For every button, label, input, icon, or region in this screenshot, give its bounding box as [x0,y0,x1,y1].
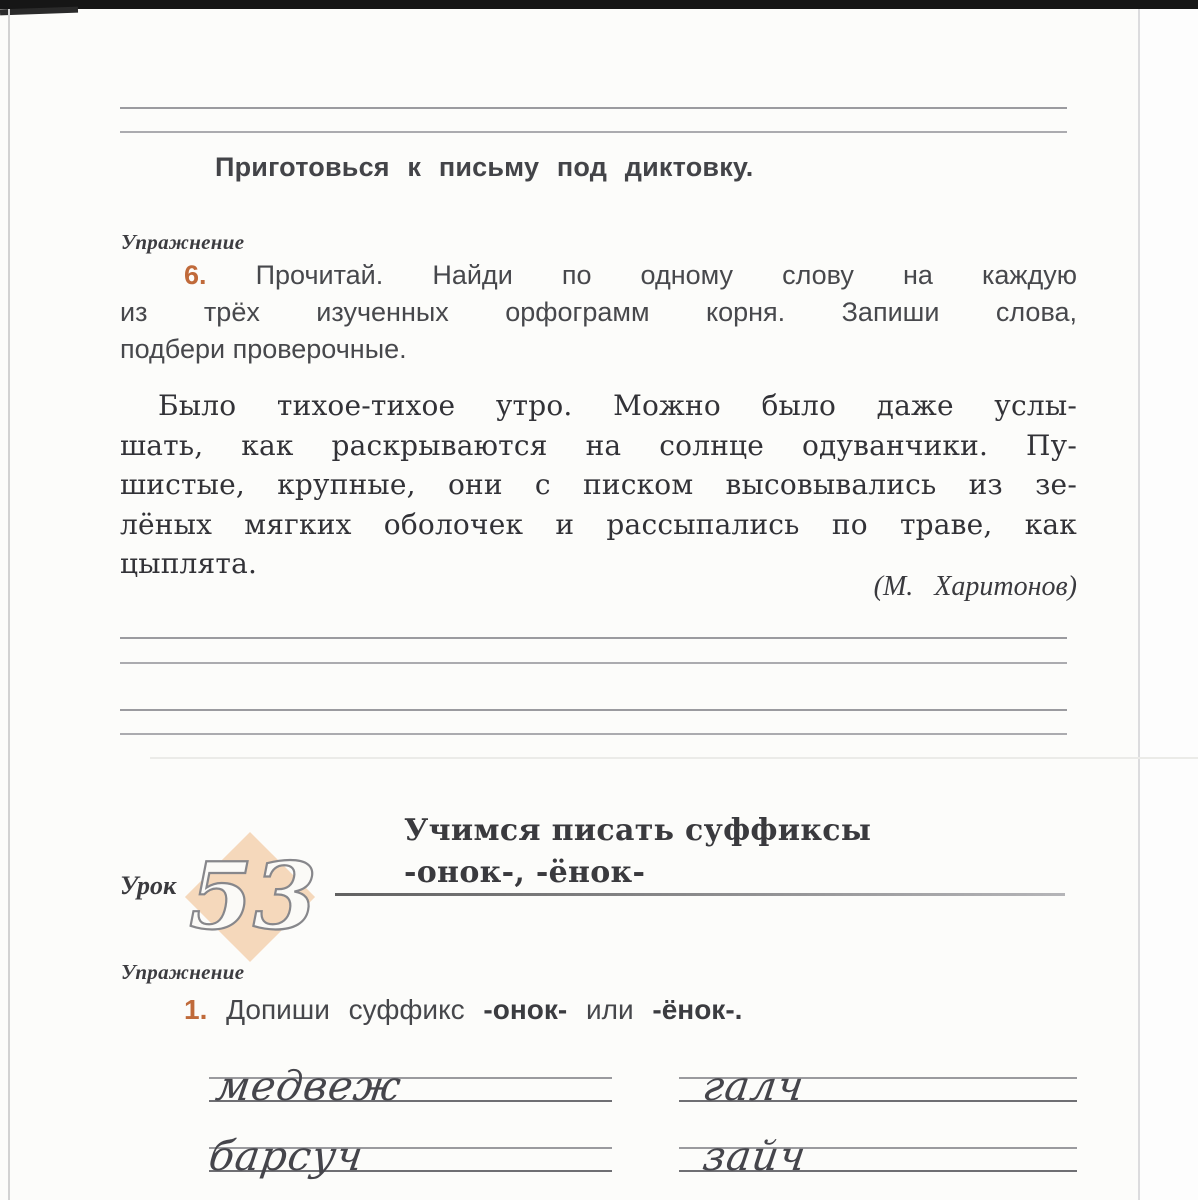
page-right-edge [1138,9,1198,1200]
exercise6-line1: 6. Прочитай. Найди по одному слову на ка… [120,257,1077,294]
page-crease [150,757,1198,759]
writing-line [120,709,1067,711]
writing-line [120,107,1067,109]
author-attribution: (М. Харитонов) [700,571,1077,603]
suffix-yonok: -ёнок-. [652,994,742,1025]
dictation-line3: шистые, крупные, они с писком высовывали… [120,465,1077,505]
dictation-line1: Было тихое-тихое утро. Можно было даже у… [120,386,1077,426]
exercise6-number: 6. [184,260,207,290]
handwritten-word: медвеж [213,1062,405,1110]
writing-line [120,662,1067,664]
page-left-edge [8,9,10,1200]
writing-line [120,131,1067,133]
prepare-heading: Приготовься к письму под диктовку. [215,152,1095,183]
exercise-label: Упражнение [121,960,244,985]
writing-line [120,733,1067,735]
lesson-number-ornament: 53 [178,832,328,960]
exercise6-line3: подбери проверочные. [120,331,1077,368]
lesson-label: Урок [120,871,176,901]
handwritten-word: барсуч [206,1132,367,1180]
exercise1-text: Допиши суффикс [226,994,465,1025]
book-top-edge [0,0,1198,9]
exercise6-line2: из трёх изученных орфограмм корня. Запиш… [120,294,1077,331]
handwritten-word: галч [700,1062,808,1110]
exercise-label: Упражнение [121,230,244,255]
exercise6-line1-text: Прочитай. Найди по одному слову на кажду… [256,260,1077,290]
dictation-line4: лёных мягких оболочек и рассыпались по т… [120,505,1077,545]
exercise1-number: 1. [184,994,207,1025]
lesson-title-line2: -онок-, -ёнок- [404,855,645,890]
exercise1-instruction: 1. Допиши суффикс -онок- или -ёнок-. [120,994,1141,1026]
exercise1-conjunction: или [586,994,634,1025]
handwritten-word: зайч [700,1132,809,1180]
dictation-text: Было тихое-тихое утро. Можно было даже у… [120,386,1077,584]
book-top-edge-shadow [0,7,78,16]
lesson-title-line1: Учимся писать суффиксы [404,813,871,848]
exercise6-instruction: 6. Прочитай. Найди по одному слову на ка… [120,257,1077,368]
lesson-title-rule [335,893,1065,896]
dictation-line2: шать, как раскрываются на солнце одуванч… [120,426,1077,466]
suffix-onok: -онок- [483,994,567,1025]
lesson-number: 53 [189,842,317,950]
workbook-page: Приготовься к письму под диктовку. Упраж… [0,0,1198,1200]
writing-line [120,637,1067,639]
